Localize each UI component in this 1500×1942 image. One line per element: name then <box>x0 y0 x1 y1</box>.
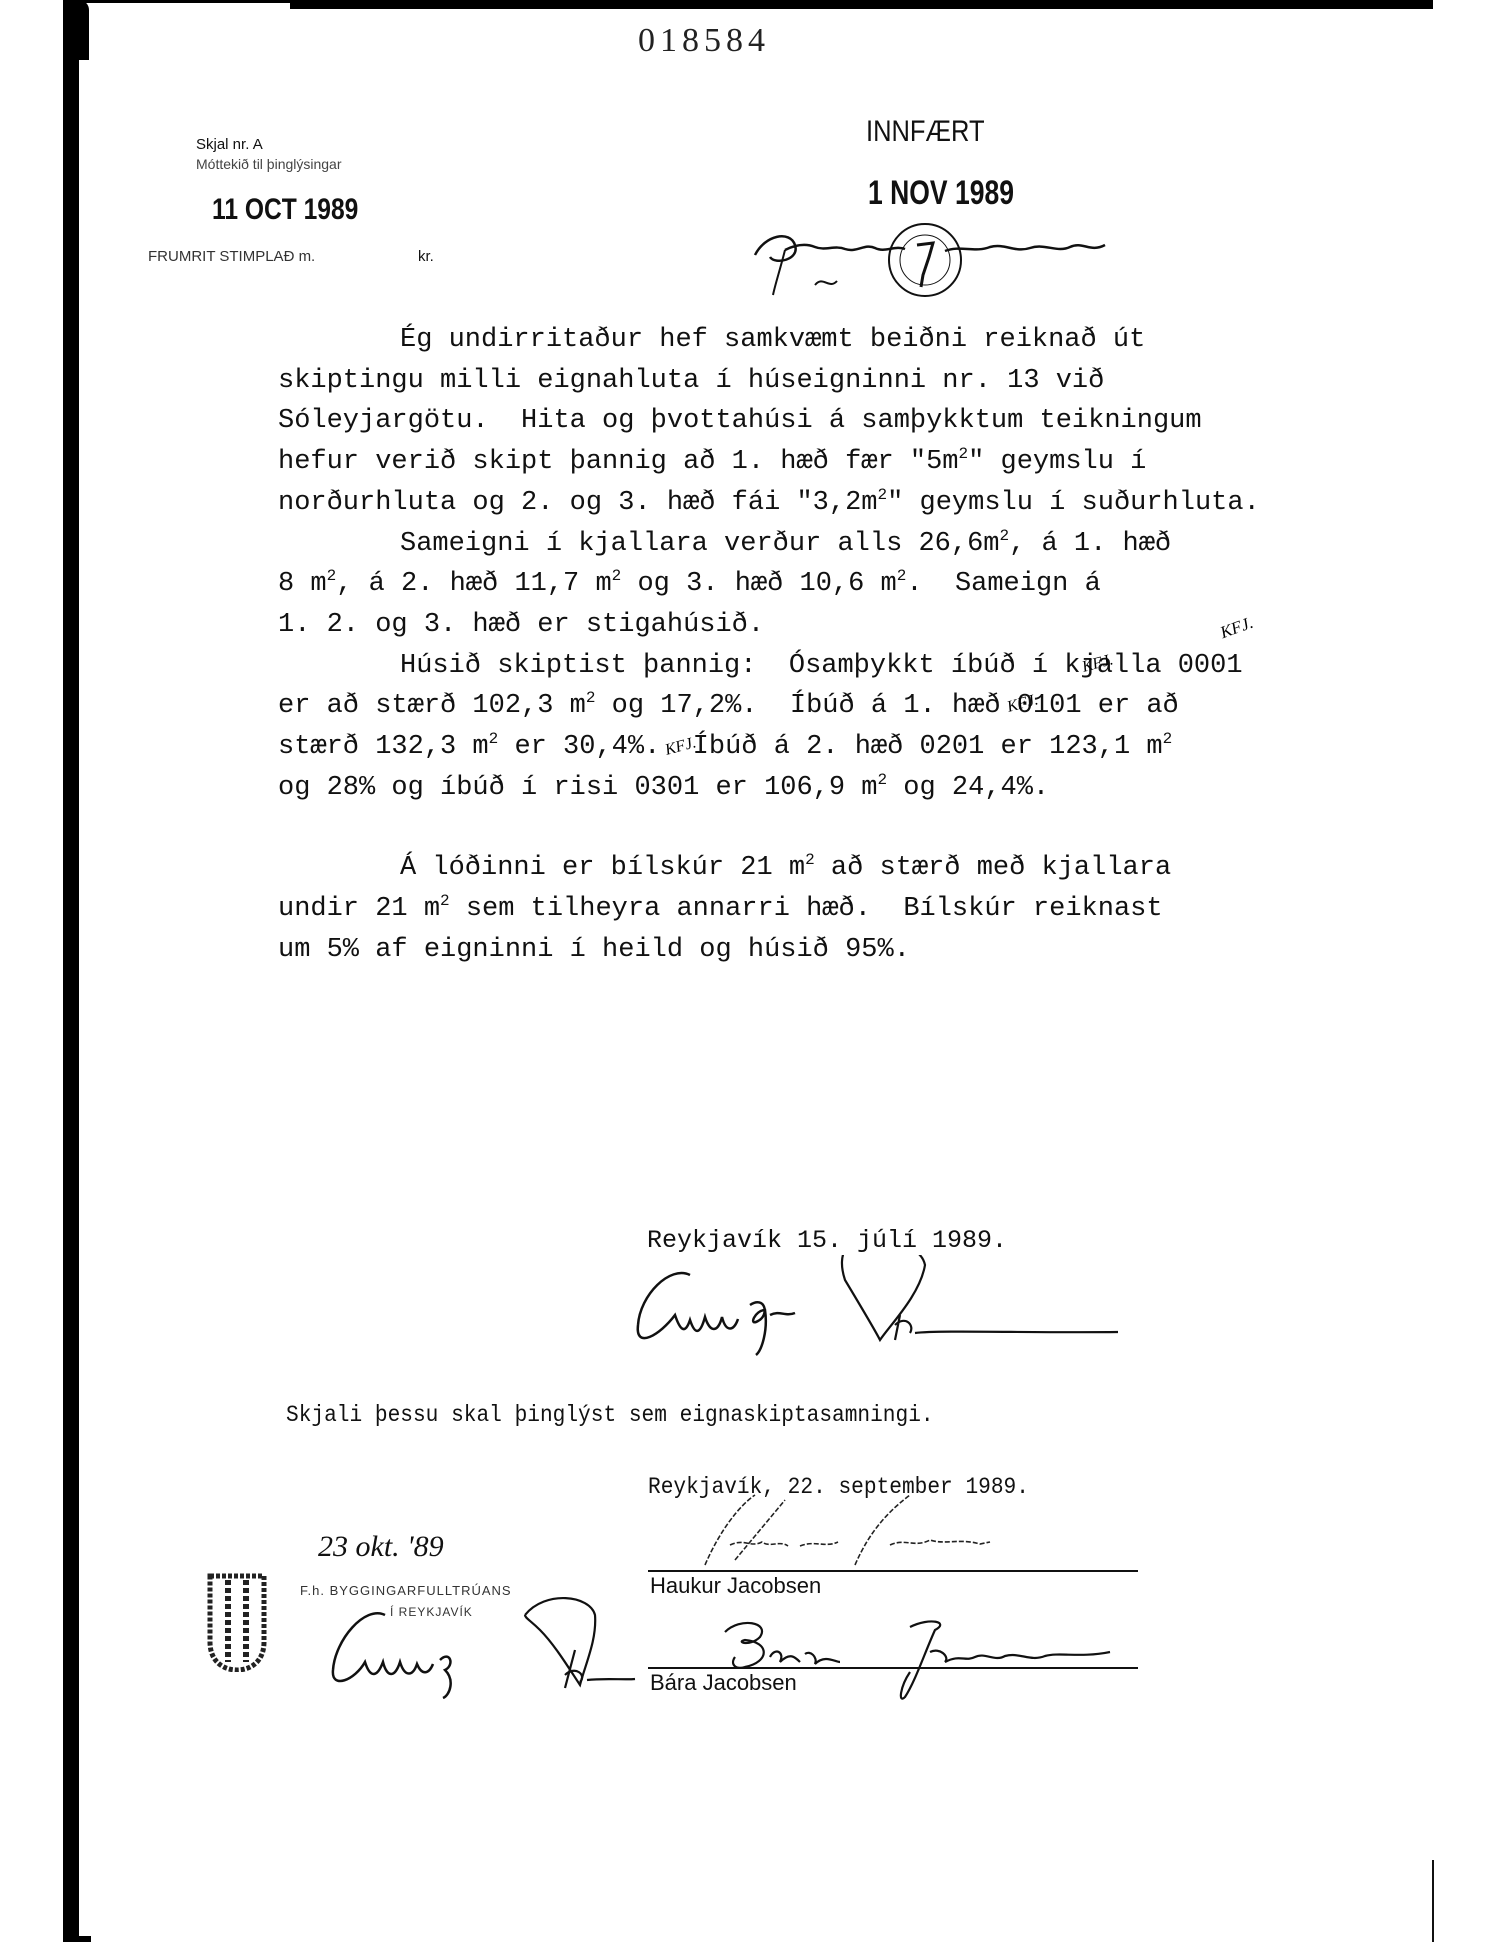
body-line: stærð 132,3 m2 er 30,4%. Íbúð á 2. hæð 0… <box>278 727 1278 768</box>
place-date-valuation: Reykjavík 15. júlí 1989. <box>647 1226 1007 1255</box>
body-line: hefur verið skipt þannig að 1. hæð fær "… <box>278 442 1278 483</box>
body-line: skiptingu milli eignahluta í húseigninni… <box>278 361 1278 402</box>
valuer-signature <box>630 1255 1130 1365</box>
body-line: um 5% af eigninni í heild og húsið 95%. <box>278 930 1278 971</box>
approval-handwritten-date: 23 okt. '89 <box>318 1530 444 1564</box>
received-stamp-currency: kr. <box>418 248 434 265</box>
scan-border-left <box>63 0 79 1938</box>
reykjavik-coat-of-arms-icon <box>206 1572 268 1672</box>
body-line: 8 m2, á 2. hæð 11,7 m2 og 3. hæð 10,6 m2… <box>278 564 1278 605</box>
scan-border-top <box>290 0 1433 9</box>
received-stamp-doc-no: Skjal nr. A <box>196 136 263 153</box>
body-line: er að stærð 102,3 m2 og 17,2%. Íbúð á 1.… <box>278 686 1278 727</box>
building-officer-signature <box>325 1590 645 1700</box>
body-line: undir 21 m2 sem tilheyra annarri hæð. Bí… <box>278 889 1278 930</box>
scan-edge-mark <box>1432 1860 1434 1942</box>
signature-line <box>648 1667 1138 1669</box>
signer-signature <box>690 1490 1070 1570</box>
body-line: Sameigni í kjallara verður alls 26,6m2, … <box>278 524 1278 565</box>
document-number: 018584 <box>638 22 770 60</box>
registrar-signature-with-seal <box>745 215 1125 305</box>
registration-statement: Skjali þessu skal þinglýst sem eignaskip… <box>286 1402 934 1428</box>
signer-name: Bára Jacobsen <box>650 1670 797 1696</box>
body-line: Sóleyjargötu. Hita og þvottahúsi á samþy… <box>278 401 1278 442</box>
received-stamp-date: 11 OCT 1989 <box>212 193 358 227</box>
scan-border-bottom <box>63 1936 91 1942</box>
document-page: 018584 Skjal nr. A Móttekið til þinglýsi… <box>0 0 1500 1942</box>
body-line: Húsið skiptist þannig: Ósamþykkt íbúð í … <box>278 646 1278 687</box>
body-line: norðurhluta og 2. og 3. hæð fái "3,2m2" … <box>278 483 1278 524</box>
document-body: Ég undirritaður hef samkvæmt beiðni reik… <box>278 320 1278 971</box>
registered-stamp-label: INNFÆRT <box>866 115 985 149</box>
body-line: Á lóðinni er bílskúr 21 m2 að stærð með … <box>278 848 1278 889</box>
signature-line <box>648 1570 1138 1572</box>
body-line: 1. 2. og 3. hæð er stigahúsið. <box>278 605 1278 646</box>
received-stamp-original: FRUMRIT STIMPLAÐ m. <box>148 248 315 265</box>
body-line: Ég undirritaður hef samkvæmt beiðni reik… <box>278 320 1278 361</box>
body-line: og 28% og íbúð í risi 0301 er 106,9 m2 o… <box>278 768 1278 809</box>
received-stamp-label: Móttekið til þinglýsingar <box>196 156 342 172</box>
registered-stamp-date: 1 NOV 1989 <box>868 174 1014 213</box>
signer-name: Haukur Jacobsen <box>650 1573 821 1599</box>
scan-border-left <box>63 0 89 60</box>
